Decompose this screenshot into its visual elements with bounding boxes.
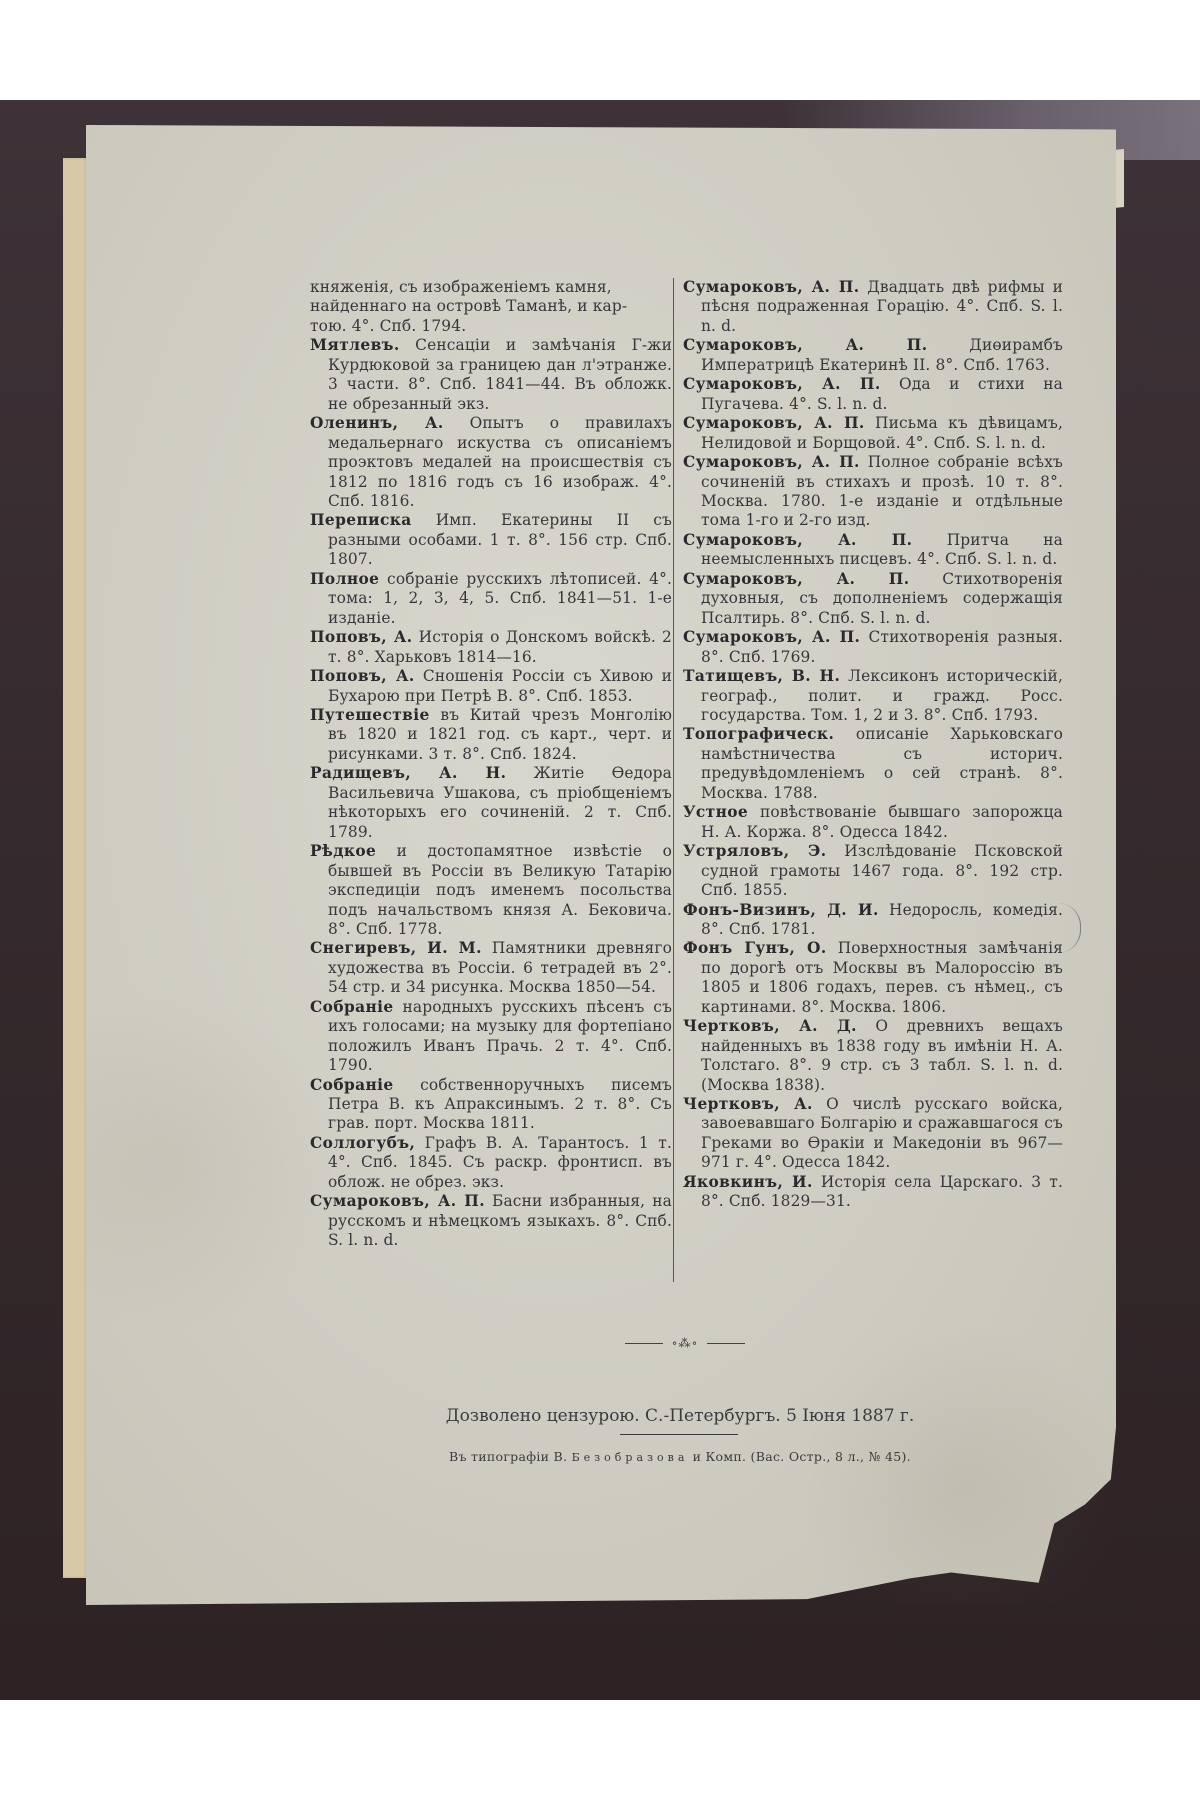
entry-author: Поповъ, А.	[310, 628, 413, 646]
continuation-line: найденнаго на островѣ Таманѣ, и кар-	[310, 297, 672, 316]
entry-author: Сумароковъ, А. П.	[683, 570, 909, 588]
catalogue-entry: Устряловъ, Э. Изслѣдованіе Псковской суд…	[683, 842, 1063, 900]
catalogue-entry: Устное повѣствованіе бывшаго запорожца Н…	[683, 803, 1063, 842]
entry-description: и достопамятное извѣстіе о бывшей въ Рос…	[328, 842, 672, 938]
entry-author: Сумароковъ, А. П.	[683, 414, 865, 432]
entry-author: Чертковъ, А. Д.	[683, 1017, 857, 1035]
catalogue-entry: Сумароковъ, А. П. Ода и стихи на Пугачев…	[683, 375, 1063, 414]
catalogue-entry: Собраніе народныхъ русскихъ пѣсенъ съ их…	[310, 998, 672, 1076]
footer-rule	[620, 1434, 738, 1435]
ornament-divider: ∘⁂∘	[620, 1336, 750, 1350]
catalogue-entry: Сумароковъ, А. П. Полное собраніе всѣхъ …	[683, 453, 1063, 531]
printer-name: Безобразова	[572, 1451, 689, 1464]
continuation-line: тою. 4°. Спб. 1794.	[310, 317, 672, 336]
column-divider	[673, 278, 674, 1282]
entry-author: Чертковъ, А.	[683, 1095, 813, 1113]
entry-author: Сумароковъ, А. П.	[683, 375, 881, 393]
catalogue-entry: Чертковъ, А. Д. О древнихъ вещахъ найден…	[683, 1017, 1063, 1095]
entry-author: Радищевъ, А. Н.	[310, 764, 506, 782]
continued-entry: княженія, съ изображеніемъ камня, найден…	[310, 278, 672, 336]
entry-author: Сумароковъ, А. П.	[683, 278, 859, 296]
entry-author: Сумароковъ, А. П.	[683, 628, 860, 646]
catalogue-entry: Рѣдкое и достопамятное извѣстіе о бывшей…	[310, 842, 672, 939]
continuation-line: княженія, съ изображеніемъ камня,	[310, 278, 672, 297]
catalogue-entry: Яковкинъ, И. Исторія села Царскаго. 3 т.…	[683, 1173, 1063, 1212]
catalogue-entry: Полное собраніе русскихъ лѣтописей. 4°. …	[310, 570, 672, 628]
catalogue-entry: Татищевъ, В. Н. Лексиконъ историческій, …	[683, 667, 1063, 725]
catalogue-entry: Сумароковъ, А. П. Письма къ дѣвицамъ, Не…	[683, 414, 1063, 453]
catalogue-entry: Оленинъ, А. Опытъ о правилахъ медальерна…	[310, 414, 672, 511]
catalogue-entry: Сумароковъ, А. П. Притча на неемысленных…	[683, 531, 1063, 570]
entry-description: повѣствованіе бывшаго запорожца Н. А. Ко…	[701, 803, 1063, 840]
entry-author: Топографическ.	[683, 725, 834, 743]
catalogue-entry: Собраніе собственноручныхъ писемъ Петра …	[310, 1076, 672, 1134]
entry-author: Сумароковъ, А. П.	[683, 531, 912, 549]
torn-page-stub	[63, 158, 89, 1578]
entry-author: Путешествіе	[310, 706, 430, 724]
entry-author: Снегиревъ, И. М.	[310, 939, 482, 957]
left-entry-list: Мятлевъ. Сенсаціи и замѣчанія Г-жи Курдю…	[310, 336, 672, 1250]
printer-suffix: и Комп. (Вас. Остр., 8 л., № 45).	[693, 1449, 911, 1464]
entry-author: Соллогубъ,	[310, 1134, 415, 1152]
catalogue-entry: Сумароковъ, А. П. Стихотворенія духовныя…	[683, 570, 1063, 628]
catalogue-entry: Радищевъ, А. Н. Житіе Өедора Васильевича…	[310, 764, 672, 842]
entry-author: Татищевъ, В. Н.	[683, 667, 840, 685]
entry-author: Собраніе	[310, 1076, 394, 1094]
censorship-approval: Дозволено цензурою. С.-Петербургъ. 5 Іюн…	[380, 1406, 980, 1426]
catalogue-entry: Сумароковъ, А. П. Басни избранныя, на ру…	[310, 1192, 672, 1250]
entry-author: Сумароковъ, А. П.	[310, 1192, 485, 1210]
catalogue-entry: Топографическ. описаніе Харьковскаго нам…	[683, 725, 1063, 803]
catalogue-entry: Фонъ Гунъ, О. Поверхностныя замѣчанія по…	[683, 939, 1063, 1017]
entry-author: Яковкинъ, И.	[683, 1173, 813, 1191]
catalogue-entry: Сумароковъ, А. П. Двадцать двѣ рифмы и п…	[683, 278, 1063, 336]
catalogue-entry: Снегиревъ, И. М. Памятники древняго худо…	[310, 939, 672, 997]
entry-author: Сумароковъ, А. П.	[683, 453, 860, 471]
entry-author: Устное	[683, 803, 748, 821]
printer-imprint: Въ типографіи В. Безобразова и Комп. (Ва…	[380, 1449, 980, 1464]
catalogue-entry: Мятлевъ. Сенсаціи и замѣчанія Г-жи Курдю…	[310, 336, 672, 414]
right-column: Сумароковъ, А. П. Двадцать двѣ рифмы и п…	[683, 278, 1063, 1212]
left-column: княженія, съ изображеніемъ камня, найден…	[310, 278, 672, 1251]
entry-author: Полное	[310, 570, 379, 588]
printer-prefix: Въ типографіи В.	[449, 1449, 567, 1464]
entry-author: Мятлевъ.	[310, 336, 400, 354]
entry-author: Фонъ Гунъ, О.	[683, 939, 827, 957]
entry-author: Поповъ, А.	[310, 667, 415, 685]
catalogue-entry: Поповъ, А. Исторія о Донскомъ войскѣ. 2 …	[310, 628, 672, 667]
entry-author: Фонъ-Визинъ, Д. И.	[683, 901, 879, 919]
catalogue-entry: Фонъ-Визинъ, Д. И. Недоросль, комедія. 8…	[683, 901, 1063, 940]
entry-author: Собраніе	[310, 998, 394, 1016]
catalogue-entry: Сумароковъ, А. П. Диөирамбъ Императрицѣ …	[683, 336, 1063, 375]
entry-author: Сумароковъ, А. П.	[683, 336, 928, 354]
catalogue-entry: Сумароковъ, А. П. Стихотворенія разныя. …	[683, 628, 1063, 667]
entry-author: Рѣдкое	[310, 842, 376, 860]
catalogue-entry: Путешествіе въ Китай чрезъ Монголію въ 1…	[310, 706, 672, 764]
entry-author: Оленинъ, А.	[310, 414, 444, 432]
entry-author: Переписка	[310, 511, 412, 529]
catalogue-entry: Поповъ, А. Сношенія Россіи съ Хивою и Бу…	[310, 667, 672, 706]
entry-description: собраніе русскихъ лѣтописей. 4°. тома: 1…	[328, 570, 672, 627]
catalogue-entry: Соллогубъ, Графъ В. А. Тарантосъ. 1 т. 4…	[310, 1134, 672, 1192]
right-entry-list: Сумароковъ, А. П. Двадцать двѣ рифмы и п…	[683, 278, 1063, 1212]
ornament-glyph: ∘⁂∘	[672, 1336, 699, 1350]
catalogue-entry: Чертковъ, А. О числѣ русскаго войска, за…	[683, 1095, 1063, 1173]
catalogue-entry: Переписка Имп. Екатерины II съ разными о…	[310, 511, 672, 569]
entry-author: Устряловъ, Э.	[683, 842, 826, 860]
